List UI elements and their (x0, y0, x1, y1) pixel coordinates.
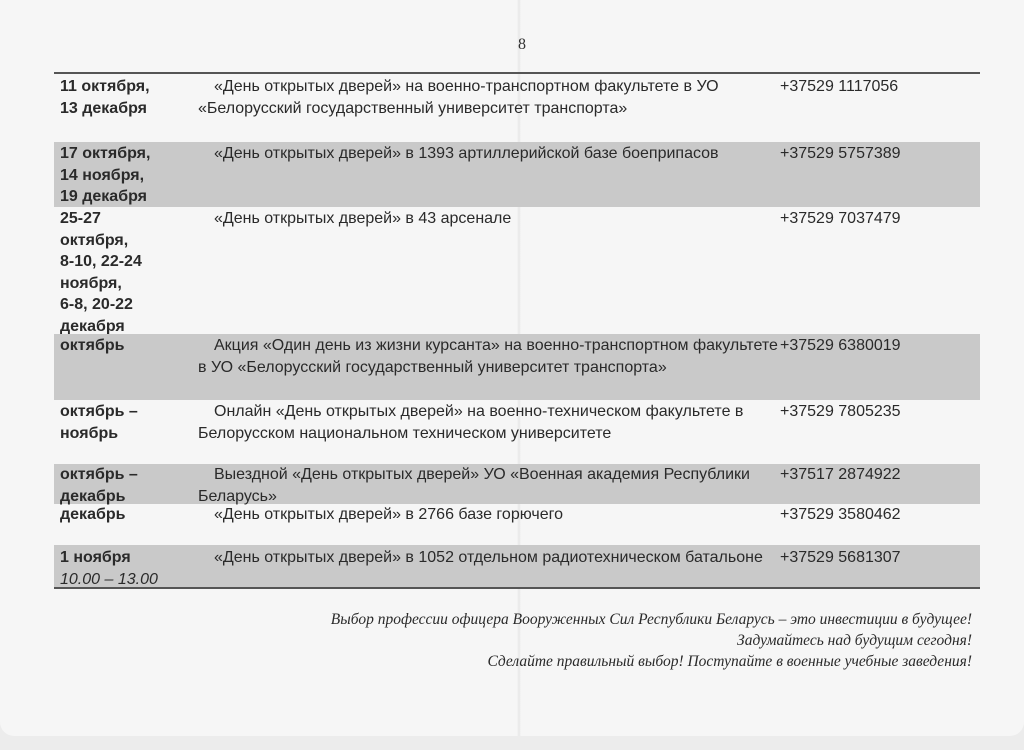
table-row: октябрь Акция «Один день из жизни курсан… (54, 334, 980, 400)
page-number: 8 (0, 36, 1024, 54)
event-phone: +37529 6380019 (780, 335, 980, 400)
event-phone: +37529 5681307 (780, 547, 980, 587)
event-description: Выездной «День открытых дверей» УО «Воен… (194, 464, 780, 504)
table-row: 1 ноября 10.00 – 13.00 «День открытых дв… (54, 545, 980, 587)
event-description: «День открытых дверей» в 1393 артиллерий… (194, 143, 780, 207)
date-line: октября, (60, 230, 194, 252)
date-line: 17 октября, (60, 143, 194, 165)
event-description: Онлайн «День открытых дверей» на военно-… (194, 401, 780, 464)
event-dates: 11 октября, 13 декабря (54, 76, 194, 142)
table-row: октябрь – декабрь Выездной «День открыты… (54, 464, 980, 504)
slogan-line-3: Сделайте правильный выбор! Поступайте в … (152, 651, 972, 672)
date-line: 6-8, 20-22 (60, 294, 194, 316)
date-line: октябрь (60, 335, 194, 357)
event-description: «День открытых дверей» в 43 арсенале (194, 208, 780, 334)
event-phone: +37529 7037479 (780, 208, 980, 334)
slogan-line-2: Задумайтесь над будущим сегодня! (152, 630, 972, 651)
event-description: «День открытых дверей» в 2766 базе горюч… (194, 504, 780, 545)
table-row: 17 октября, 14 ноября, 19 декабря «День … (54, 142, 980, 207)
date-line: 8-10, 22-24 (60, 251, 194, 273)
events-table: 11 октября, 13 декабря «День открытых дв… (54, 72, 980, 589)
event-phone: +37517 2874922 (780, 464, 980, 504)
event-dates: 25-27 октября, 8-10, 22-24 ноября, 6-8, … (54, 208, 194, 334)
date-line: декабрь (60, 504, 194, 526)
closing-slogan: Выбор профессии офицера Вооруженных Сил … (152, 609, 972, 672)
event-dates: октябрь – декабрь (54, 464, 194, 504)
event-dates: октябрь (54, 335, 194, 400)
date-line: 25-27 (60, 208, 194, 230)
table-row: декабрь «День открытых дверей» в 2766 ба… (54, 504, 980, 545)
event-description: «День открытых дверей» в 1052 отдельном … (194, 547, 780, 587)
slogan-line-1: Выбор профессии офицера Вооруженных Сил … (152, 609, 972, 630)
date-line: 1 ноября (60, 547, 194, 569)
event-dates: 17 октября, 14 ноября, 19 декабря (54, 143, 194, 207)
event-phone: +37529 5757389 (780, 143, 980, 207)
table-row: октябрь – ноябрь Онлайн «День открытых д… (54, 400, 980, 464)
event-description: «День открытых дверей» на военно-транспо… (194, 76, 780, 142)
event-phone: +37529 3580462 (780, 504, 980, 545)
date-line: 19 декабря (60, 186, 194, 208)
date-line: ноября, (60, 273, 194, 295)
event-time: 10.00 – 13.00 (60, 569, 194, 591)
date-line: октябрь – (60, 401, 194, 423)
event-dates: декабрь (54, 504, 194, 545)
date-line: 11 октября, (60, 76, 194, 98)
event-dates: октябрь – ноябрь (54, 401, 194, 464)
date-line: ноябрь (60, 423, 194, 445)
document-page: 8 11 октября, 13 декабря «День открытых … (0, 0, 1024, 736)
table-row: 25-27 октября, 8-10, 22-24 ноября, 6-8, … (54, 207, 980, 334)
table-row: 11 октября, 13 декабря «День открытых дв… (54, 74, 980, 142)
event-description: Акция «Один день из жизни курсанта» на в… (194, 335, 780, 400)
date-line: октябрь – (60, 464, 194, 486)
date-line: 13 декабря (60, 98, 194, 120)
event-dates: 1 ноября 10.00 – 13.00 (54, 547, 194, 587)
event-phone: +37529 7805235 (780, 401, 980, 464)
date-line: 14 ноября, (60, 165, 194, 187)
event-phone: +37529 1117056 (780, 76, 980, 142)
